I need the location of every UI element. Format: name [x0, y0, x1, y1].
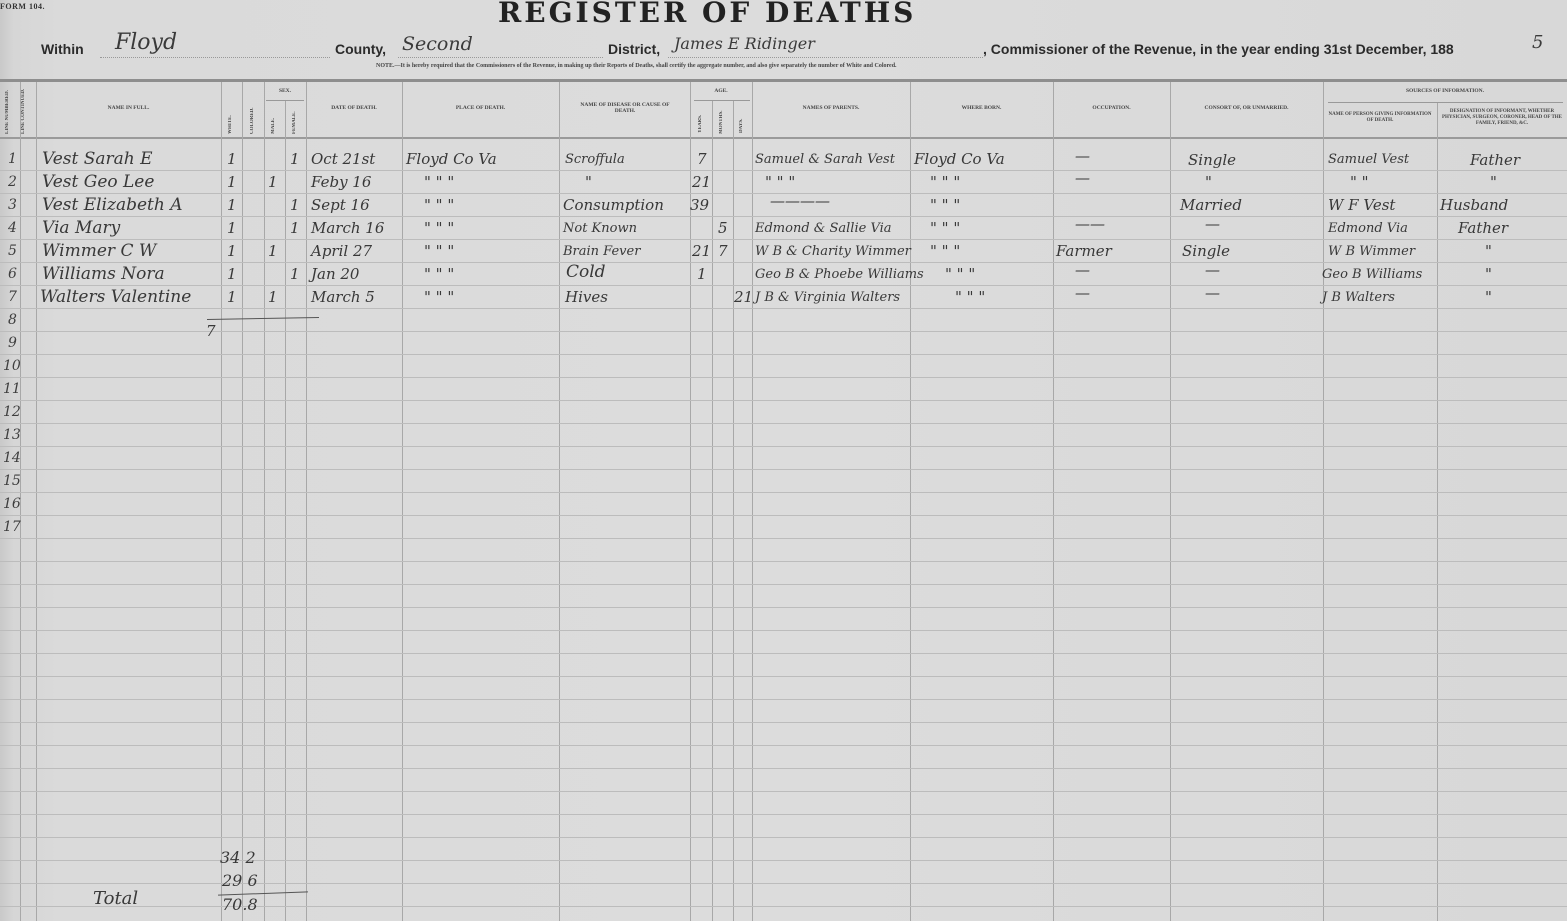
row-rule [0, 745, 1567, 746]
commissioner-text: , Commissioner of the Revenue, in the ye… [983, 41, 1454, 57]
note-text: NOTE.—It is hereby required that the Com… [376, 63, 897, 69]
row-rule [0, 791, 1567, 792]
col-divider [1323, 82, 1324, 921]
header-colored: Colored. [250, 108, 255, 134]
row-rule [0, 308, 1567, 309]
disease-cell: Brain Fever [563, 242, 640, 262]
line-number: 2 [8, 174, 17, 190]
header-top-rule [0, 79, 1567, 82]
header-occupation: Occupation. [1053, 105, 1170, 111]
white-cell: 1 [227, 241, 237, 261]
date-cell: April 27 [311, 241, 372, 261]
col-divider [712, 100, 713, 921]
male-cell: 1 [268, 172, 278, 192]
row-rule [0, 377, 1567, 378]
informant-cell: W F Vest [1328, 195, 1395, 215]
county-value: Second [402, 33, 473, 55]
row-rule [0, 331, 1567, 332]
born-cell: " " " [930, 172, 960, 192]
line-number: 5 [8, 243, 17, 259]
date-cell: March 16 [311, 218, 384, 238]
row-rule [0, 285, 1567, 286]
header-sources: Sources of information. [1323, 88, 1567, 94]
date-cell: Oct 21st [311, 149, 375, 169]
year-suffix: 5 [1532, 32, 1543, 53]
parents-cell: W B & Charity Wimmer [755, 242, 911, 262]
born-cell: " " " [930, 195, 960, 215]
informant-cell: J B Walters [1322, 288, 1395, 308]
disease-cell: Scroffula [565, 150, 625, 170]
occupation-cell: —— [1075, 214, 1105, 234]
header-designation: Designation of informant, whether physic… [1440, 109, 1564, 127]
header-male: Male. [271, 116, 276, 134]
header-parents: Names of parents. [752, 105, 910, 111]
line-number: 4 [8, 220, 17, 236]
disease-cell: Hives [565, 287, 608, 307]
female-cell: 1 [290, 195, 300, 215]
place-cell: " " " [424, 264, 454, 284]
white-cell: 1 [227, 264, 237, 284]
line-number: 6 [8, 266, 17, 282]
row-rule [0, 400, 1567, 401]
occupation-cell: — [1075, 146, 1090, 166]
born-cell: " " " [945, 264, 975, 284]
days-cell: 21 [734, 287, 753, 307]
header-female: Female. [292, 112, 297, 134]
header-place: Place of death. [402, 105, 559, 111]
sex-subrule [266, 100, 304, 101]
date-cell: March 5 [311, 287, 375, 307]
disease-cell: Consumption [563, 195, 664, 215]
row-rule [0, 699, 1567, 700]
name-cell: Via Mary [42, 218, 120, 238]
white-cell: 1 [227, 172, 237, 192]
district-value: James E Ridinger [674, 34, 815, 53]
tally-line-1: 34 2 [220, 848, 256, 868]
header-days: Days. [739, 116, 744, 133]
designation-cell: Father [1470, 150, 1520, 170]
district-fill-line [668, 56, 983, 58]
female-cell: 1 [290, 149, 300, 169]
informant-cell: W B Wimmer [1328, 242, 1415, 262]
row-rule [0, 469, 1567, 470]
consort-cell: — [1205, 214, 1220, 234]
place-cell: " " " [424, 287, 454, 307]
designation-cell: " [1485, 287, 1492, 307]
line-number: 3 [8, 197, 17, 213]
name-cell: Vest Sarah E [42, 149, 153, 169]
line-number: 15 [3, 473, 21, 489]
col-divider [910, 82, 911, 921]
within-label: Within [41, 41, 84, 57]
row-rule [0, 837, 1567, 838]
row-rule [0, 170, 1567, 171]
row-rule [0, 814, 1567, 815]
designation-cell: Husband [1440, 195, 1508, 215]
occupation-cell: — [1075, 260, 1090, 280]
row-rule [0, 239, 1567, 240]
line-number: 9 [8, 335, 17, 351]
informant-cell: Geo B Williams [1322, 265, 1422, 285]
row-rule [0, 216, 1567, 217]
sources-subrule [1328, 102, 1563, 103]
informant-cell: " " [1350, 172, 1369, 192]
col-divider [733, 100, 734, 921]
row-rule [0, 630, 1567, 631]
line-number: 11 [3, 381, 21, 397]
consort-cell: Married [1180, 195, 1242, 215]
row-rule [0, 584, 1567, 585]
years-cell: 1 [697, 264, 707, 284]
col-divider [285, 100, 286, 921]
line-number: 13 [3, 427, 21, 443]
col-divider [36, 82, 37, 921]
born-cell: " " " [955, 287, 985, 307]
row-rule [0, 538, 1567, 539]
col-divider [1053, 82, 1054, 921]
line-number: 12 [3, 404, 21, 420]
row-rule [0, 607, 1567, 608]
header-consort: Consort of, or unmarried. [1170, 105, 1323, 111]
district-label: District, [608, 41, 660, 57]
line-number: 7 [8, 289, 17, 305]
consort-cell: Single [1182, 241, 1230, 261]
header-bottom-rule [0, 137, 1567, 139]
years-cell: 21 [692, 172, 711, 192]
occupation-cell: — [1075, 168, 1090, 188]
line-number: 1 [8, 151, 17, 167]
header-age: Age. [690, 88, 752, 94]
date-cell: Feby 16 [311, 172, 371, 192]
tally-line-2: 29 6 [222, 871, 258, 891]
row-rule [0, 515, 1567, 516]
consort-cell: — [1205, 260, 1220, 280]
total-value: 70.8 [222, 895, 258, 915]
line-number: 8 [8, 312, 17, 328]
line-number: 10 [3, 358, 21, 374]
line-number: 14 [3, 450, 21, 466]
col-divider [402, 82, 403, 921]
female-cell: 1 [290, 264, 300, 284]
white-cell: 1 [227, 218, 237, 238]
row-rule [0, 423, 1567, 424]
name-cell: Vest Geo Lee [42, 172, 154, 192]
row-rule [0, 722, 1567, 723]
form-number: FORM 104. [0, 2, 45, 11]
header-date: Date of death. [306, 105, 402, 111]
place-cell: " " " [424, 172, 454, 192]
white-cell: 1 [227, 287, 237, 307]
header-months: Months. [719, 110, 724, 134]
row-rule [0, 768, 1567, 769]
header-line-continued: Line continued. [21, 88, 26, 134]
disease-cell: Cold [566, 262, 606, 282]
county-label: County, [335, 41, 386, 57]
row-rule [0, 262, 1567, 263]
name-cell: Walters Valentine [40, 287, 191, 307]
parents-cell: ———— [770, 191, 830, 211]
header-name: Name in full. [36, 105, 221, 111]
parents-cell: J B & Virginia Walters [755, 288, 900, 308]
name-cell: Williams Nora [42, 264, 165, 284]
col-divider [242, 82, 243, 921]
row-rule [0, 676, 1567, 677]
name-cell: Wimmer C W [42, 241, 156, 261]
occupation-cell: Farmer [1056, 241, 1112, 261]
row-rule [0, 492, 1567, 493]
line-number: 16 [3, 496, 21, 512]
occupation-cell: — [1075, 283, 1090, 303]
disease-cell: Not Known [563, 219, 637, 239]
designation-cell: " [1490, 172, 1497, 192]
line-number: 17 [3, 519, 21, 535]
place-cell: " " " [424, 218, 454, 238]
total-underline [207, 317, 319, 320]
white-cell: 1 [227, 149, 237, 169]
designation-cell: " [1485, 264, 1492, 284]
female-cell: 1 [290, 218, 300, 238]
header-informant: Name of person giving information of dea… [1327, 112, 1433, 124]
informant-cell: Edmond Via [1328, 219, 1408, 239]
male-cell: 1 [268, 287, 278, 307]
within-value: Floyd [115, 30, 177, 55]
place-cell: Floyd Co Va [406, 149, 497, 169]
consort-cell: Single [1188, 150, 1236, 170]
designation-cell: Father [1458, 218, 1508, 238]
informant-cell: Samuel Vest [1328, 150, 1409, 170]
col-divider [752, 82, 753, 921]
col-divider [221, 82, 222, 921]
designation-cell: " [1485, 241, 1492, 261]
parents-cell: " " " [765, 172, 795, 192]
col-divider [1170, 82, 1171, 921]
col-divider [306, 82, 307, 921]
parents-cell: Geo B & Phoebe Williams [755, 265, 924, 285]
county-fill-line [398, 56, 603, 58]
years-cell: 39 [690, 195, 709, 215]
col-divider [264, 82, 265, 921]
col-divider [1437, 103, 1438, 921]
row-rule [0, 561, 1567, 562]
years-cell: 7 [697, 149, 707, 169]
born-cell: " " " [930, 218, 960, 238]
date-cell: Jan 20 [311, 264, 359, 284]
consort-cell: — [1205, 283, 1220, 303]
age-subrule [694, 100, 750, 101]
months-cell: 5 [718, 218, 728, 238]
col-divider [559, 82, 560, 921]
total-label: Total [93, 889, 138, 909]
months-cell: 7 [718, 241, 728, 261]
row-rule [0, 354, 1567, 355]
born-cell: Floyd Co Va [914, 149, 1005, 169]
header-where-born: Where born. [910, 105, 1053, 111]
within-fill-line [100, 56, 330, 58]
name-cell: Vest Elizabeth A [42, 195, 183, 215]
header-line-numbered: Line numbered. [5, 88, 10, 134]
place-cell: " " " [424, 241, 454, 261]
white-column-total: 7 [206, 321, 216, 341]
date-cell: Sept 16 [311, 195, 370, 215]
parents-cell: Edmond & Sallie Via [755, 219, 892, 239]
born-cell: " " " [930, 241, 960, 261]
header-sex: Sex. [264, 88, 306, 94]
row-rule [0, 446, 1567, 447]
header-white: White. [228, 112, 233, 134]
white-cell: 1 [227, 195, 237, 215]
parents-cell: Samuel & Sarah Vest [755, 150, 895, 170]
header-disease: Name of disease or cause of death. [570, 102, 680, 114]
row-rule [0, 653, 1567, 654]
header-years: Years. [698, 115, 703, 133]
register-page: FORM 104. REGISTER OF DEATHS Within Floy… [0, 0, 1567, 921]
disease-cell: " [585, 172, 592, 192]
place-cell: " " " [424, 195, 454, 215]
male-cell: 1 [268, 241, 278, 261]
consort-cell: " [1205, 172, 1212, 192]
years-cell: 21 [692, 241, 711, 261]
page-title: REGISTER OF DEATHS [498, 0, 916, 29]
